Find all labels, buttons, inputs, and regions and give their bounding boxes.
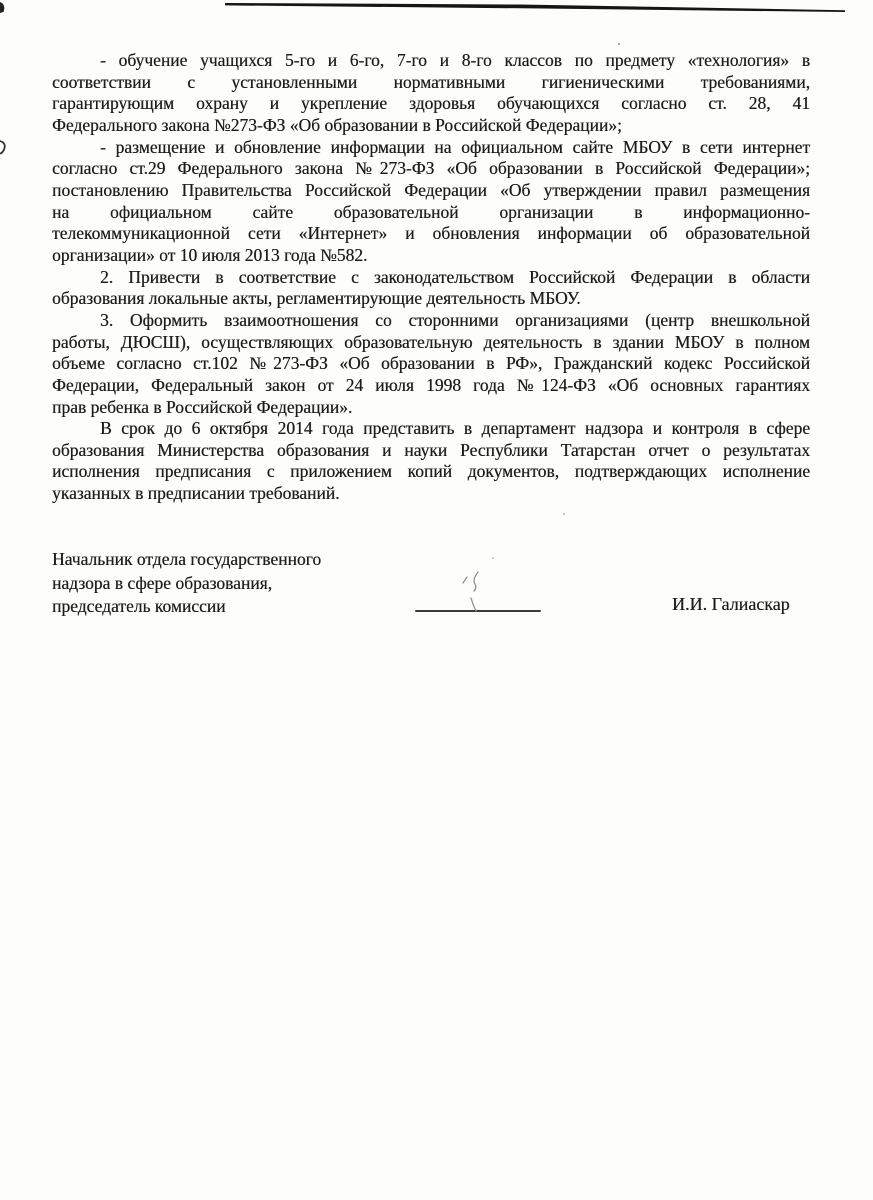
text-line: образования локальные акты, регламентиру… — [52, 288, 810, 310]
scan-speck — [563, 513, 565, 515]
scan-speck — [618, 43, 620, 45]
text-line: гарантирующим охрану и укрепление здоров… — [52, 93, 810, 115]
text-line: образования Министерства образования и н… — [52, 440, 810, 462]
text-line: постановлению Правительства Российской Ф… — [52, 180, 810, 202]
text-line: - обучение учащихся 5-го и 6-го, 7-го и … — [52, 50, 810, 72]
text-line: В срок до 6 октября 2014 года представит… — [52, 418, 810, 440]
text-line: организации» от 10 июля 2013 года №582. — [52, 245, 810, 267]
text-line: исполнения предписания с приложением коп… — [52, 461, 810, 483]
signature-line — [415, 610, 541, 612]
text-line: согласно ст.29 Федерального закона №273-… — [52, 158, 810, 180]
text-line: телекоммуникационной сети «Интернет» и о… — [52, 223, 810, 245]
paragraph-deadline-report: В срок до 6 октября 2014 года представит… — [52, 418, 810, 505]
scan-artifact-top-line — [0, 0, 873, 22]
text-line: соответствии с установленными нормативны… — [52, 72, 810, 94]
text-line: Федерации, Федеральный закон от 24 июля … — [52, 375, 810, 397]
scan-artifact-corner-mark — [0, 0, 12, 18]
text-line: работы, ДЮСШ), осуществляющих образовате… — [52, 332, 810, 354]
signature-role-line: Начальник отдела государственного — [52, 548, 842, 572]
paragraph-website-information: - размещение и обновление информации на … — [52, 137, 810, 267]
text-line: прав ребенка в Российской Федерации». — [52, 397, 810, 419]
text-line: Федерального закона №273-ФЗ «Об образова… — [52, 115, 810, 137]
scanned-document-page: - обучение учащихся 5-го и 6-го, 7-го и … — [0, 0, 873, 1200]
text-line: объеме согласно ст.102 №273-ФЗ «Об образ… — [52, 353, 810, 375]
signatory-name: И.И. Галиаскар — [672, 593, 790, 615]
text-line: на официальном сайте образовательной орг… — [52, 202, 810, 224]
paragraph-item-2-local-acts: 2. Привести в соответствие с законодател… — [52, 267, 810, 310]
document-body: - обучение учащихся 5-го и 6-го, 7-го и … — [52, 50, 810, 505]
signature-block: Начальник отдела государственного надзор… — [52, 548, 842, 638]
paragraph-item-3-third-party-organizations: 3. Оформить взаимоотношения со сторонним… — [52, 310, 810, 418]
paragraph-technology-training: - обучение учащихся 5-го и 6-го, 7-го и … — [52, 50, 810, 137]
text-line: 3. Оформить взаимоотношения со сторонним… — [52, 310, 810, 332]
scan-artifact-pen-mark — [0, 138, 12, 158]
signature-role-line: надзора в сфере образования, — [52, 572, 842, 596]
text-line: 2. Привести в соответствие с законодател… — [52, 267, 810, 289]
text-line: указанных в предписании требований. — [52, 483, 810, 505]
text-line: - размещение и обновление информации на … — [52, 137, 810, 159]
